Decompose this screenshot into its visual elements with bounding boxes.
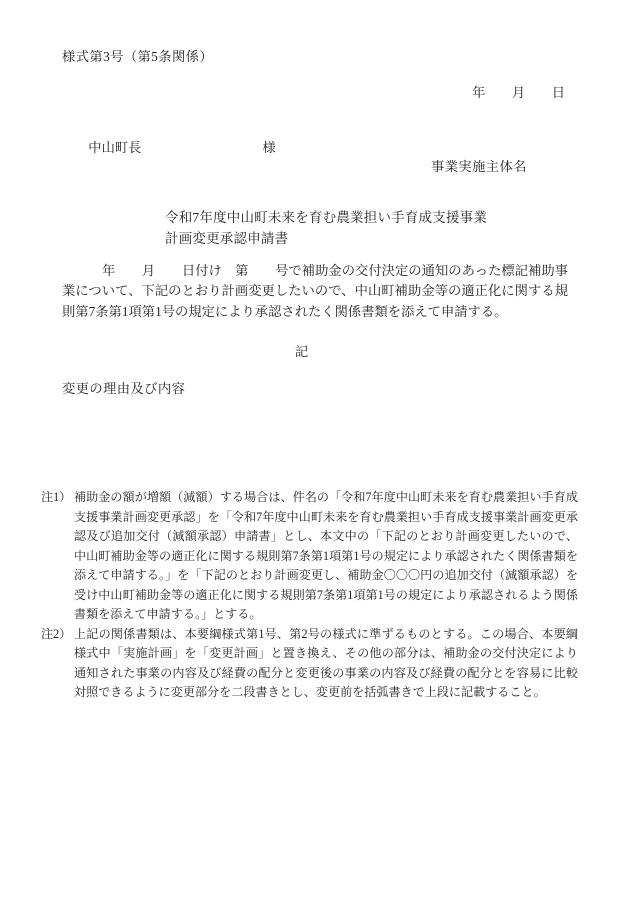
note-item: 注2） 上記の関係書類は、本要綱様式第1号、第2号の様式に準ずるものとする。この… [41,625,578,703]
body-paragraph: 年 月 日付け 第 号で補助金の交付決定の通知のあった標記補助事業について、下記… [62,261,568,322]
date-line: 年 月 日 [472,82,565,101]
record-marker: 記 [62,341,542,360]
note-text: 補助金の額が増額（減額）する場合は、件名の「令和7年度中山町未来を育む農業担い手… [74,488,578,625]
addressee-row: 中山町長様 [75,121,276,172]
addressee-honorific: 様 [262,140,275,155]
form-number: 様式第3号（第5条関係） [62,46,213,65]
document-title-line1: 令和7年度中山町未来を育む農業担い手育成支援事業 [165,208,487,229]
document-page: 様式第3号（第5条関係） 年 月 日 中山町長様 事業実施主体名 令和7年度中山… [0,0,630,903]
note-label: 注2） [41,625,74,645]
document-title: 令和7年度中山町未来を育む農業担い手育成支援事業 計画変更承認申請書 [165,208,487,249]
note-text: 上記の関係書類は、本要綱様式第1号、第2号の様式に準ずるものとする。この場合、本… [74,625,578,703]
document-title-line2: 計画変更承認申請書 [165,229,487,250]
notes-section: 注1） 補助金の額が増額（減額）する場合は、件名の「令和7年度中山町未来を育む農… [41,488,578,703]
section-heading: 変更の理由及び内容 [62,378,185,397]
note-label: 注1） [41,488,74,508]
issuer-label: 事業実施主体名 [431,156,527,175]
note-item: 注1） 補助金の額が増額（減額）する場合は、件名の「令和7年度中山町未来を育む農… [41,488,578,625]
addressee-name: 中山町長 [88,140,141,155]
